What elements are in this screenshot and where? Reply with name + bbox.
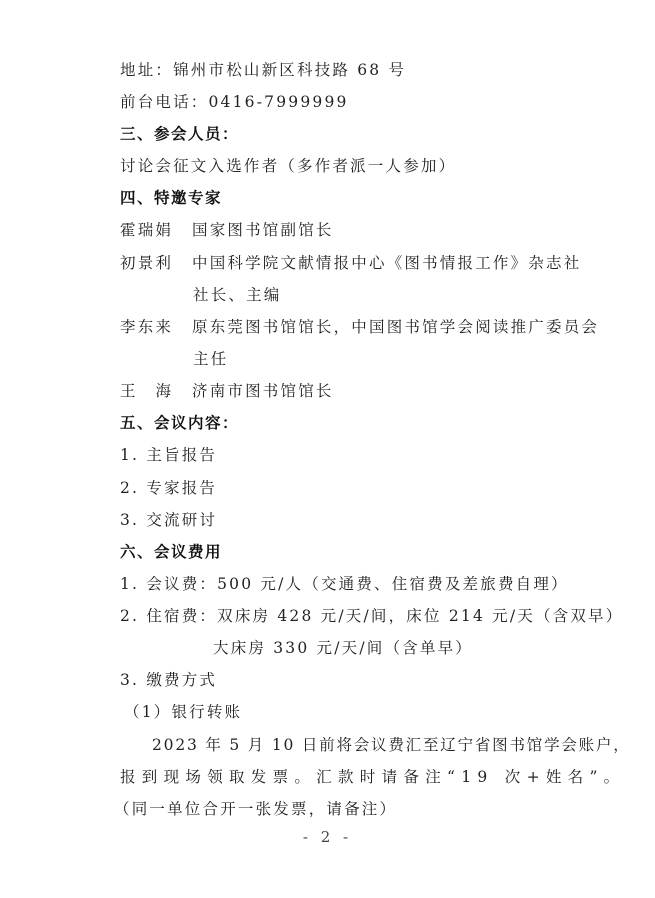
payment-paragraph-line-3: （同一单位合开一张发票，请备注） xyxy=(114,799,397,819)
section-6-heading: 六、会议费用 xyxy=(120,542,222,562)
expert-name: 初景利 xyxy=(120,253,192,273)
expert-row: 王海济南市图书馆馆长 xyxy=(120,381,334,401)
expert-row: 李东来原东莞图书馆馆长，中国图书馆学会阅读推广委员会 xyxy=(120,317,599,337)
payment-paragraph-line-2: 报到现场领取发票。汇款时请备注“19 次+姓名”。 xyxy=(120,767,626,787)
page-number: - 2 - xyxy=(0,828,655,846)
address-line: 地址：锦州市松山新区科技路 68 号 xyxy=(120,60,406,80)
fee-meeting: 1. 会议费：500 元/人（交通费、住宿费及差旅费自理） xyxy=(120,574,569,594)
payment-method: （1）银行转账 xyxy=(124,702,242,722)
expert-title: 原东莞图书馆馆长，中国图书馆学会阅读推广委员会 xyxy=(192,318,599,336)
fee-lodging-continuation: 大床房 330 元/天/间（含单早） xyxy=(213,638,473,658)
phone-line: 前台电话：0416-7999999 xyxy=(120,92,349,112)
section-3-heading: 三、参会人员： xyxy=(120,124,239,144)
expert-row: 霍瑞娟国家图书馆副馆长 xyxy=(120,220,334,240)
expert-name: 王海 xyxy=(120,381,192,401)
agenda-item: 3. 交流研讨 xyxy=(120,510,217,530)
expert-title-continuation: 主任 xyxy=(193,349,228,369)
expert-title: 济南市图书馆馆长 xyxy=(192,382,334,400)
expert-row: 初景利中国科学院文献情报中心《图书情报工作》杂志社 xyxy=(120,253,581,273)
agenda-item: 1. 主旨报告 xyxy=(120,445,217,465)
section-5-heading: 五、会议内容： xyxy=(120,413,239,433)
expert-title-continuation: 社长、主编 xyxy=(193,285,282,305)
expert-name: 霍瑞娟 xyxy=(120,220,192,240)
expert-title: 国家图书馆副馆长 xyxy=(192,221,334,239)
document-page: 地址：锦州市松山新区科技路 68 号 前台电话：0416-7999999 三、参… xyxy=(0,0,655,898)
expert-name: 李东来 xyxy=(120,317,192,337)
expert-title: 中国科学院文献情报中心《图书情报工作》杂志社 xyxy=(192,254,581,272)
section-3-body: 讨论会征文入选作者（多作者派一人参加） xyxy=(120,156,456,176)
fee-lodging: 2. 住宿费：双床房 428 元/天/间，床位 214 元/天（含双早） xyxy=(120,606,623,626)
payment-heading: 3. 缴费方式 xyxy=(120,670,217,690)
payment-paragraph-line-1: 2023 年 5 月 10 日前将会议费汇至辽宁省图书馆学会账户， xyxy=(152,735,631,755)
section-4-heading: 四、特邀专家 xyxy=(120,188,222,208)
agenda-item: 2. 专家报告 xyxy=(120,478,217,498)
